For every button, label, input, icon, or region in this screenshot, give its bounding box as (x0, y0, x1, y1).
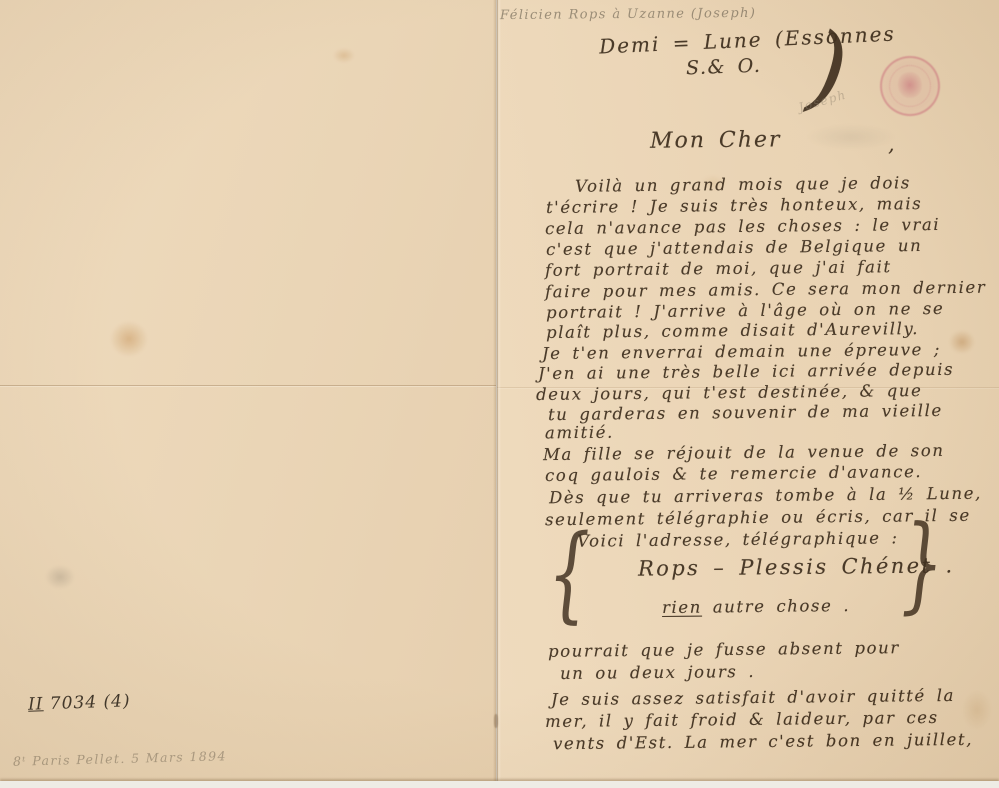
salutation: Mon Cher (650, 127, 782, 153)
letter-line: fort portrait de moi, que j'ai fait (545, 257, 892, 280)
page-left-blank (0, 0, 496, 781)
letter-line: plaît plus, comme disait d'Aurevilly. (546, 319, 919, 342)
letter-line: c'est que j'attendais de Belgique un (546, 236, 922, 259)
telegraph-address-intro: Voici l'adresse, télégraphique : (577, 528, 899, 550)
scan-background-strip (0, 781, 999, 788)
letter-scan: Félicien Rops à Uzanne (Joseph) Demi = L… (0, 0, 999, 788)
note-rest: autre chose . (702, 596, 850, 617)
salutation-comma: , (888, 132, 896, 156)
telegraph-address-note: rien autre chose . (662, 596, 850, 617)
pencil-smudge (806, 124, 896, 150)
center-fold (493, 0, 501, 781)
letter-line: amitié. (545, 423, 614, 443)
catalog-number: II 7034 (4) (28, 691, 131, 715)
letter-line: pourrait que je fusse absent pour (548, 638, 900, 661)
catalog-digits: 7034 (4) (43, 691, 131, 714)
archivist-pencil-note: Félicien Rops à Uzanne (Joseph) (500, 6, 756, 23)
letter-line: un ou deux jours . (560, 662, 755, 683)
letter-line: Voilà un grand mois que je dois (575, 173, 911, 196)
letterhead-address-line2: S.& O. (686, 55, 762, 80)
letter-line: coq gaulois & te remercie d'avance. (545, 462, 922, 485)
center-fold-nick (494, 714, 498, 728)
address-brace-right: } (900, 501, 944, 624)
letter-line: t'écrire ! Je suis très honteux, mais (546, 194, 922, 217)
underlined-word: rien (662, 598, 702, 617)
catalog-roman-numeral: II (28, 694, 44, 715)
letter-line: deux jours, qui t'est destinée, & que (536, 381, 923, 404)
address-brace-left: { (547, 511, 591, 634)
